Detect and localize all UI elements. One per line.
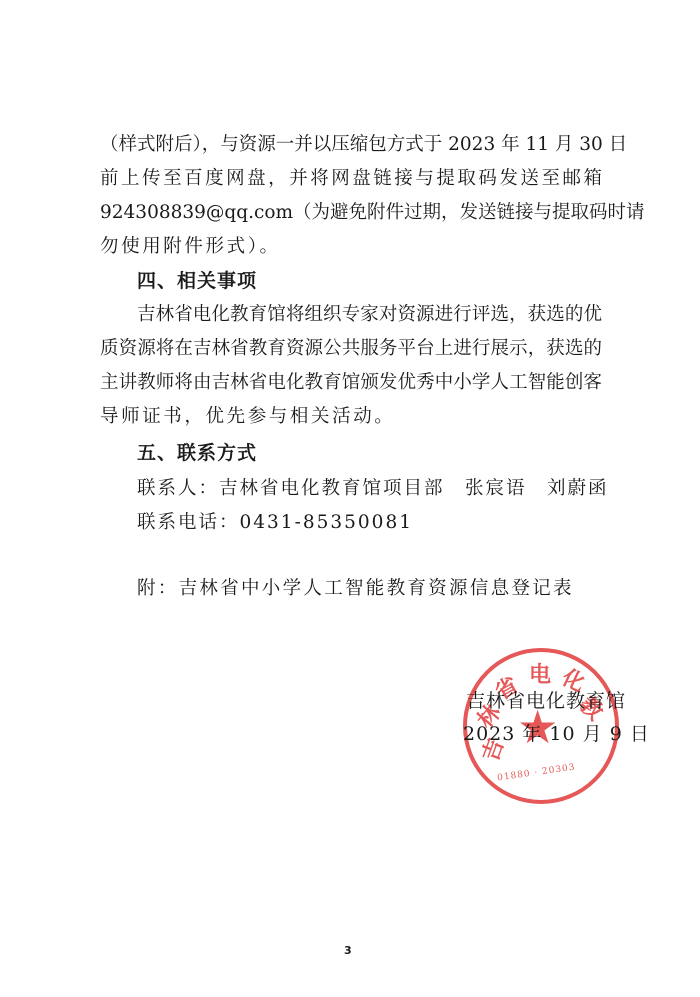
section-heading-5: 五、联系方式: [137, 442, 257, 464]
paragraph-line: 质资源将在吉林省教育资源公共服务平台上进行展示，获选的: [100, 338, 602, 360]
signature-org: 吉林省电化教育馆: [466, 686, 626, 713]
section-heading-4: 四、相关事项: [137, 270, 257, 292]
contact-person: 联系人：吉林省电化教育馆项目部 张宸语 刘蔚函: [137, 478, 609, 500]
seal-char: 电: [529, 658, 551, 689]
paragraph-line: （样式附后），与资源一并以压缩包方式于 2023 年 11 月 30 日: [100, 134, 602, 156]
page-number: 3: [344, 944, 352, 957]
signature-date: 2023 年 10 月 9 日: [463, 719, 650, 746]
paragraph-line: 主讲教师将由吉林省电化教育馆颁发优秀中小学人工智能创客: [100, 372, 602, 394]
paragraph-line: 勿使用附件形式）。: [100, 236, 281, 258]
attachment-note: 附：吉林省中小学人工智能教育资源信息登记表: [137, 578, 574, 600]
paragraph-line: 导师证书，优先参与相关活动。: [100, 406, 395, 428]
paragraph-line: 前上传至百度网盘，并将网盘链接与提取码发送至邮箱: [100, 168, 602, 190]
seal-code: 01880 · 20303: [497, 763, 576, 784]
paragraph-line: 924308839@qq.com（为避免附件过期，发送链接与提取码时请: [100, 202, 602, 224]
contact-phone: 联系电话：0431-85350081: [137, 512, 413, 534]
paragraph-line: 吉林省电化教育馆将组织专家对资源进行评选，获选的优: [137, 304, 602, 326]
